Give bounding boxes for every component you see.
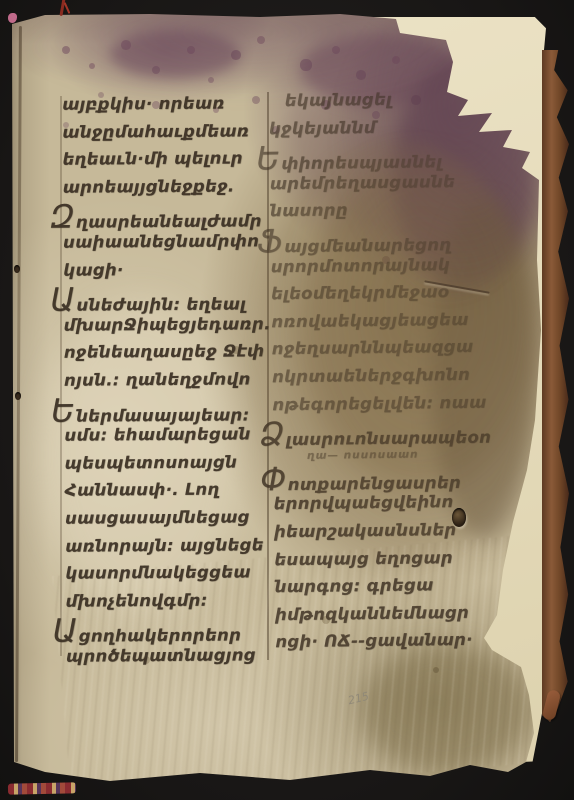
- manuscript-line: եսապայց եղոցար: [274, 547, 484, 577]
- left-text-column: այբքկիս· որեառ անջըմահաւքմեառ եղեաւն·մի …: [62, 93, 266, 674]
- manuscript-line: ոցի· ՈՃ--ցավանար·: [275, 630, 485, 660]
- manuscript-line: սասցասայմնեցաց: [65, 507, 265, 536]
- manuscript-line: մխոչենովգմր։: [65, 590, 265, 619]
- manuscript-line: անջըմահաւքմեառ: [62, 121, 262, 150]
- manuscript-line: առնորայն։ այցնեցե: [65, 535, 265, 564]
- manuscript-line: ոյսն․։ ղանեղջմովո: [64, 369, 264, 398]
- manuscript-line: կջկեյաննմ: [269, 116, 479, 146]
- manuscript-line: պեսպետոսոայցն: [64, 452, 264, 481]
- binding-thread: [64, 2, 71, 14]
- manuscript-line: ոթեգորեցելվեն։ ոաա: [272, 392, 482, 422]
- right-text-column: եկայնացել կջկեյաննմ Եփիորեսպյասնել արեմր…: [269, 89, 486, 660]
- manuscript-line-initial: Փոտքարենցասրեր: [273, 464, 483, 494]
- manuscript-line: սմս։ եհամարեցան: [64, 424, 264, 453]
- manuscript-line: սրորմոտորայնակ: [271, 254, 481, 284]
- manuscript-line: իմթոզկաննեմնացր: [275, 602, 485, 632]
- manuscript-line-initial: Զղասրեանեալժամր: [63, 204, 263, 233]
- manuscript-line: սաիաանեցնամրփո: [63, 231, 263, 260]
- manuscript-line: կացի·: [63, 259, 263, 288]
- manuscript-line: իեարշակասնսներ: [274, 520, 484, 550]
- parchment-hole: [452, 508, 466, 527]
- endband-stitching: [8, 782, 76, 794]
- sewing-hole: [14, 265, 20, 273]
- manuscript-line: ոջենեաղասըեջ Ջէփ: [64, 342, 264, 371]
- sewing-hole: [15, 392, 21, 400]
- manuscript-line-initial: Եփիորեսպյասնել: [269, 144, 479, 174]
- book-cover-edge: [542, 50, 569, 722]
- manuscript-line: եկայնացել: [285, 89, 479, 119]
- interlinear-note: ղա— ոսսոսաաո: [307, 447, 483, 466]
- thread-remnant: [8, 13, 17, 23]
- manuscript-line: ոջեղսարննպեազցա: [272, 337, 482, 367]
- manuscript-line: եղեաւն·մի պելուր: [62, 148, 262, 177]
- manuscript-line: արեմրեղասցասնե: [270, 172, 480, 202]
- stain-patch: [110, 30, 240, 78]
- manuscript-line: նարգոց։ գրեցա: [274, 575, 484, 605]
- manuscript-line-initial: Ձլասրուոնսարապեօո: [273, 420, 483, 450]
- manuscript-line: ոկրտաեներջգխոնո: [272, 365, 482, 395]
- manuscript-line: արոեայյցնեջքեջ․: [63, 176, 263, 205]
- manuscript-line: մխարՋիպեցյեդառր․: [64, 314, 264, 343]
- manuscript-line-initial: Ասնեժային։ եղեալ: [63, 286, 263, 315]
- manuscript-line-initial: Եներմասայայեար։: [64, 397, 264, 426]
- manuscript-line: Հաննասփ·․ Լող: [65, 480, 265, 509]
- manuscript-line: պրոծեպատնացյոց: [66, 645, 266, 674]
- manuscript-page: այբքկիս· որեառ անջըմահաւքմեառ եղեաւն·մի …: [6, 10, 542, 788]
- manuscript-line-initial: Ացողհակերորեոր: [66, 618, 266, 647]
- manuscript-line: ոռովաեկացյեացեա: [271, 309, 481, 339]
- manuscript-line: կասորմնակեցցեա: [65, 562, 265, 591]
- manuscript-line: այբքկիս· որեառ: [62, 93, 262, 122]
- manuscript-line: նասորը: [270, 199, 480, 229]
- manuscript-line-initial: Ֆայցմեանարեցող: [270, 227, 480, 257]
